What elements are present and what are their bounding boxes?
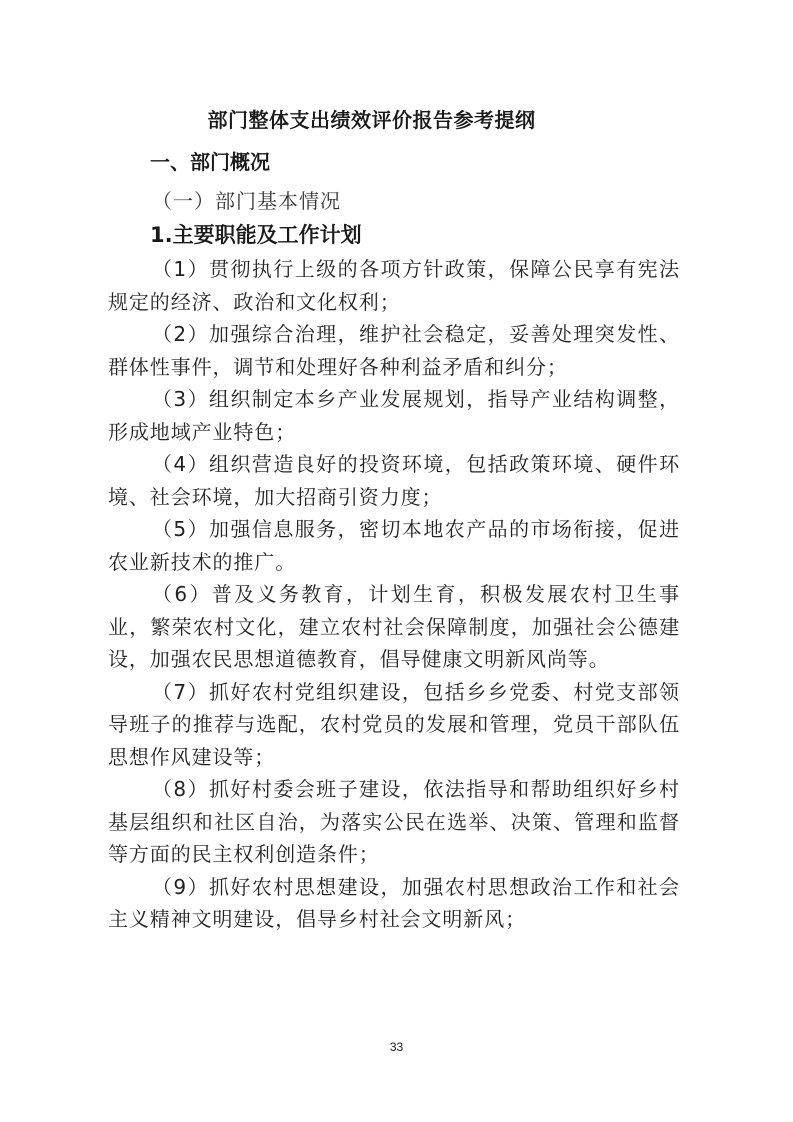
paragraph-2: （2）加强综合治理，维护社会稳定，妥善处理突发性、群体性事件，调节和处理好各种利… — [108, 318, 680, 383]
paragraph-5: （5）加强信息服务，密切本地农产品的市场衔接，促进农业新技术的推广。 — [108, 513, 680, 578]
paragraph-7: （7）抓好农村党组织建设，包括乡乡党委、村党支部领导班子的推荐与选配，农村党员的… — [108, 676, 680, 774]
paragraph-9: （9）抓好农村思想建设，加强农村思想政治工作和社会主义精神文明建设，倡导乡村社会… — [108, 871, 680, 936]
section-heading: 一、部门概况 — [150, 146, 270, 175]
paragraph-4: （4）组织营造良好的投资环境，包括政策环境、硬件环境、社会环境，加大招商引资力度… — [108, 448, 680, 513]
paragraph-8: （8）抓好村委会班子建设，依法指导和帮助组织好乡村基层组织和社区自治，为落实公民… — [108, 773, 680, 871]
paragraph-6: （6）普及义务教育，计划生育，积极发展农村卫生事业，繁荣农村文化，建立农村社会保… — [108, 578, 680, 676]
paragraph-1: （1）贯彻执行上级的各项方针政策，保障公民享有宪法规定的经济、政治和文化权利； — [108, 253, 680, 318]
document-title-text: 部门整体支出绩效评价报告参考提纲 — [208, 104, 536, 133]
page-number: 33 — [0, 1040, 793, 1054]
subsection-heading: （一）部门基本情况 — [152, 185, 341, 214]
document-title: 部门整体支出绩效评价报告参考提纲 — [0, 104, 793, 133]
document-page: 部门整体支出绩效评价报告参考提纲 一、部门概况 （一）部门基本情况 1.主要职能… — [0, 0, 793, 1122]
document-body: （1）贯彻执行上级的各项方针政策，保障公民享有宪法规定的经济、政治和文化权利； … — [108, 253, 680, 936]
item-heading: 1.主要职能及工作计划 — [150, 219, 362, 249]
paragraph-3: （3）组织制定本乡产业发展规划，指导产业结构调整，形成地域产业特色； — [108, 383, 680, 448]
